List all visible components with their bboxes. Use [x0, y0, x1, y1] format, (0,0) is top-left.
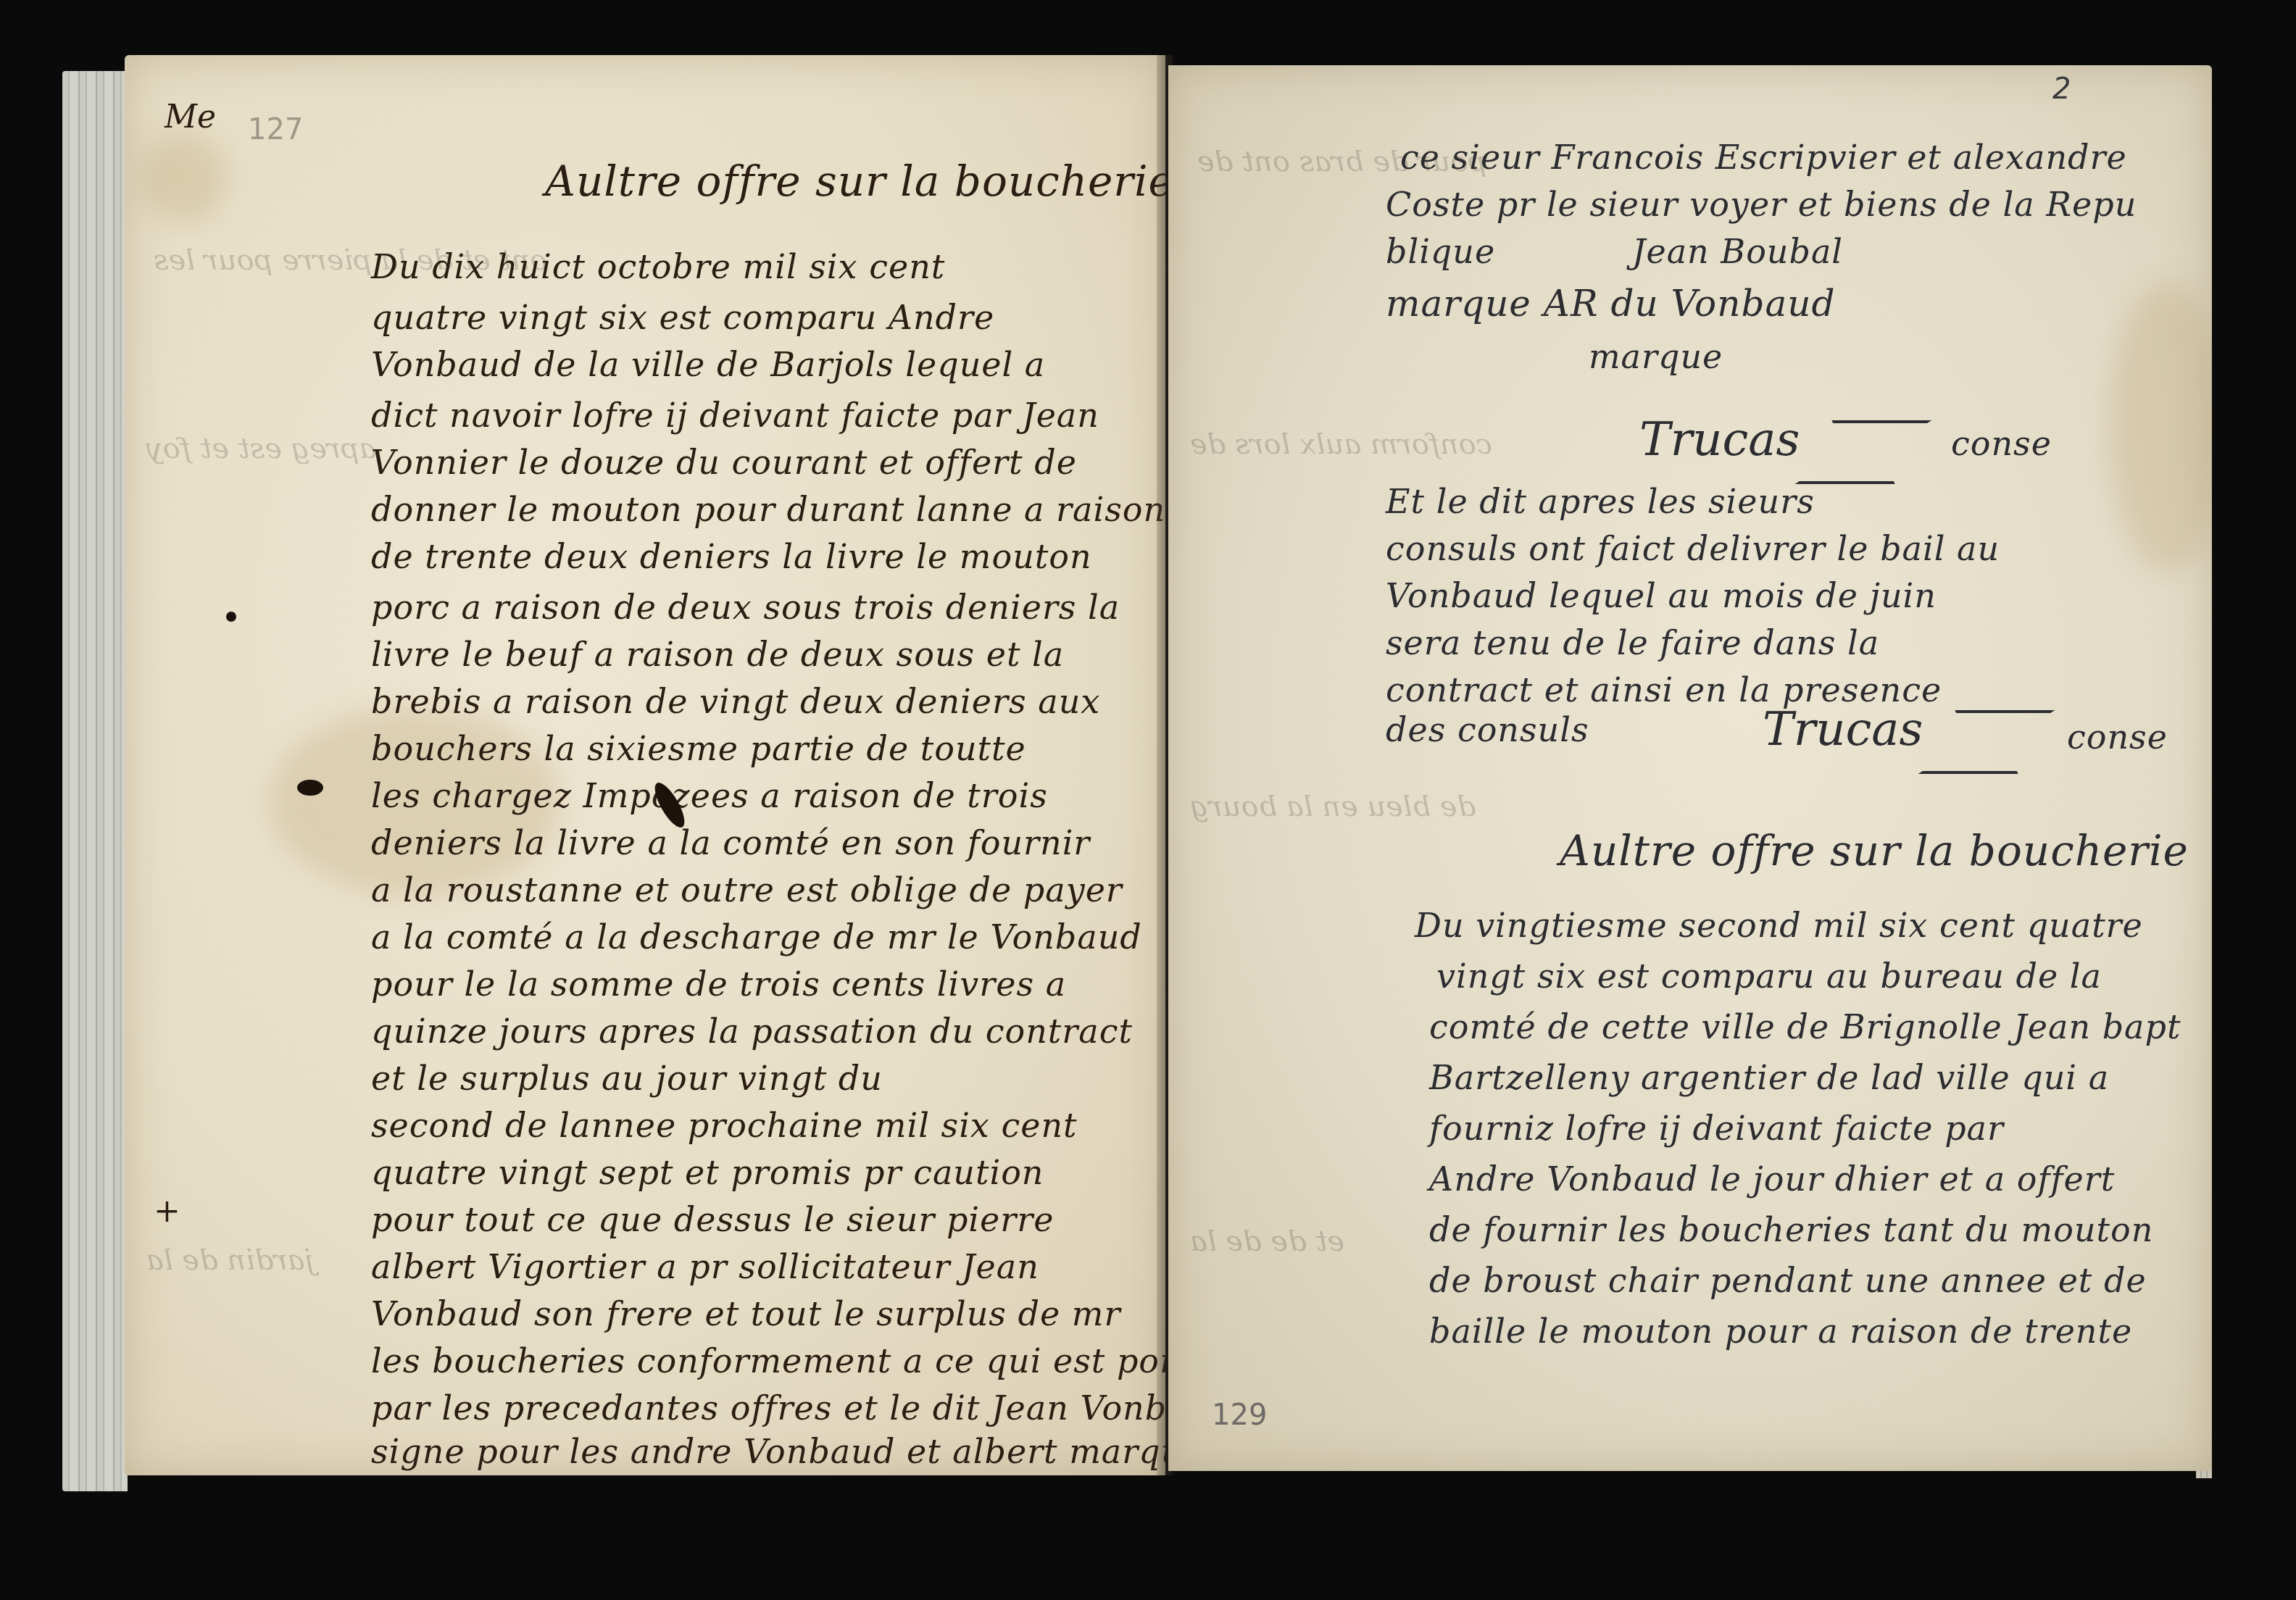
- right-line: Du vingtiesme second mil six cent quatre: [1415, 906, 2143, 945]
- left-line: porc a raison de deux sous trois deniers…: [371, 588, 1120, 627]
- right-line: vingt six est comparu au bureau de la: [1436, 957, 2102, 996]
- page-stack-left-edge: [62, 71, 128, 1491]
- left-line: donner le mouton pour durant lanne a rai…: [371, 490, 1165, 529]
- ink-blot: [297, 780, 323, 796]
- signature-jean-boubal: Jean Boubal: [1632, 232, 1843, 271]
- left-line: a la roustanne et outre est oblige de pa…: [371, 870, 1123, 909]
- left-line: Du dix huict octobre mil six cent: [371, 247, 945, 286]
- bleed-through-text: conform aulx lors de: [1190, 428, 1492, 461]
- right-line: Andre Vonbaud le jour dhier et a offert: [1429, 1159, 2115, 1199]
- right-line: Vonbaud lequel au mois de juin: [1386, 576, 1937, 615]
- mark-ar: marque AR du Vonbaud: [1386, 283, 1835, 325]
- margin-cross: +: [154, 1193, 180, 1230]
- right-line: consuls ont faict delivrer le bail au: [1386, 529, 2000, 568]
- foxing-stain: [2110, 283, 2212, 572]
- right-line: de fournir les boucheries tant du mouton: [1429, 1210, 2153, 1249]
- right-line: de broust chair pendant une annee et de: [1429, 1261, 2147, 1300]
- left-line: livre le beuf a raison de deux sous et l…: [371, 635, 1064, 674]
- right-line: baille le mouton pour a raison de trente: [1429, 1312, 2132, 1351]
- faint-page-number: 127: [248, 113, 303, 146]
- right-line: sera tenu de le faire dans la: [1386, 623, 1879, 662]
- left-line: par les precedantes offres et le dit Jea…: [371, 1388, 1165, 1428]
- left-line: Vonbaud son frere et tout le surplus de …: [371, 1294, 1120, 1333]
- folio-number: 129: [1212, 1399, 1267, 1432]
- left-heading: Aultre offre sur la boucherie: [545, 157, 1165, 206]
- left-line: deniers la livre a la comté en son fourn…: [371, 823, 1090, 862]
- left-line: quatre vingt sept et promis pr caution: [371, 1153, 1044, 1192]
- signature-flourish: [1918, 710, 2055, 774]
- left-line: second de lannee prochaine mil six cent: [371, 1106, 1078, 1145]
- left-line: signe pour les andre Vonbaud et albert m…: [371, 1432, 1165, 1471]
- right-line: Coste pr le sieur voyer et biens de la R…: [1386, 185, 2137, 224]
- left-line: les boucheries conformement a ce qui est…: [371, 1341, 1165, 1380]
- right-heading: Aultre offre sur la boucherie: [1560, 826, 2189, 875]
- right-line: ce sieur Francois Escripvier et alexandr…: [1400, 138, 2127, 177]
- bleed-through-text: jardin de la: [146, 1243, 314, 1277]
- left-line: Vonbaud de la ville de Barjols lequel a: [371, 345, 1045, 384]
- right-line: comté de cette ville de Brignolle Jean b…: [1429, 1007, 2181, 1046]
- signature-trucas: Trucas: [1763, 703, 1923, 757]
- left-line: pour le la somme de trois cents livres a: [371, 964, 1066, 1004]
- left-line: et le surplus au jour vingt du: [371, 1059, 883, 1098]
- left-line: a la comté a la descharge de mr le Vonba…: [371, 917, 1142, 957]
- left-line: pour tout ce que dessus le sieur pierre: [371, 1200, 1054, 1239]
- water-stain: [139, 135, 226, 222]
- left-line: quinze jours apres la passation du contr…: [371, 1012, 1133, 1051]
- left-line: dict navoir lofre ij deivant faicte par …: [371, 396, 1099, 435]
- right-page: pour de bras ont de conform aulx lors de…: [1168, 65, 2212, 1471]
- right-line: Bartzelleny argentier de lad ville qui a: [1429, 1058, 2109, 1097]
- left-line: quatre vingt six est comparu Andre: [371, 298, 994, 337]
- right-line: fourniz lofre ij deivant faicte par: [1429, 1109, 2004, 1148]
- right-line: marque: [1589, 337, 1723, 376]
- bleed-through-text: apreg est et foy: [146, 432, 377, 465]
- right-line: Et le dit apres les sieurs: [1386, 482, 1815, 521]
- left-line: brebis a raison de vingt deux deniers au…: [371, 682, 1100, 721]
- right-line: blique: [1386, 232, 1495, 271]
- left-line: de trente deux deniers la livre le mouto…: [371, 537, 1092, 576]
- left-line: Vonnier le douze du courant et offert de: [371, 443, 1077, 482]
- bleed-through-text: de bleu en la bourg: [1190, 790, 1476, 823]
- signature-flourish: [1795, 420, 1932, 484]
- bleed-through-text: et de de la: [1190, 1225, 1344, 1258]
- signature-suffix: conse: [1951, 424, 2052, 463]
- ink-dot: [226, 612, 236, 622]
- left-line: bouchers la sixiesme partie de toutte: [371, 729, 1026, 768]
- margin-mark: Me: [165, 99, 216, 136]
- left-line: albert Vigortier a pr sollicitateur Jean: [371, 1247, 1039, 1286]
- left-line: les chargez Impozees a raison de trois: [371, 776, 1048, 815]
- corner-number: 2: [2052, 72, 2071, 106]
- signature-trucas: Trucas: [1639, 413, 1800, 467]
- right-line: des consuls: [1386, 710, 1589, 749]
- left-page: ont et de la pierre pour les apreg est e…: [125, 55, 1165, 1475]
- signature-suffix: conse: [2067, 717, 2168, 757]
